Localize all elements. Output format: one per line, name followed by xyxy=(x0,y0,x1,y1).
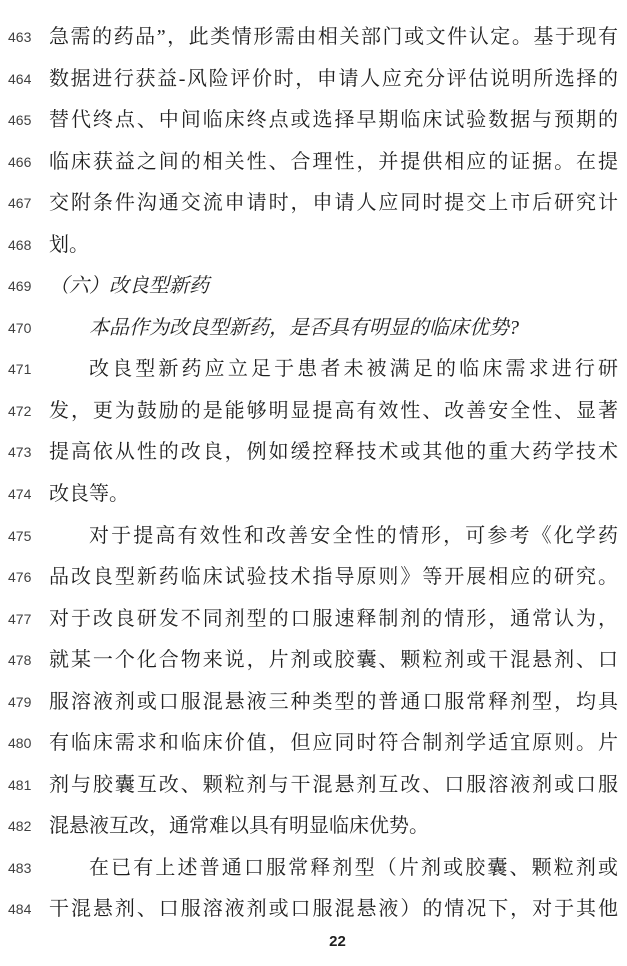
line-row: 471改良型新药应立足于患者未被满足的临床需求进行研 xyxy=(0,349,627,391)
page-number: 22 xyxy=(329,933,346,950)
line-text: 对于改良研发不同剂型的口服速释制剂的情形，通常认为， xyxy=(49,599,627,641)
line-row: 470本品作为改良型新药，是否具有明显的临床优势? xyxy=(0,308,627,350)
line-number: 481 xyxy=(0,765,49,807)
line-number: 466 xyxy=(0,142,49,184)
line-text: 交附条件沟通交流申请时，申请人应同时提交上市后研究计 xyxy=(49,183,627,225)
line-row: 465替代终点、中间临床终点或选择早期临床试验数据与预期的 xyxy=(0,100,627,142)
line-text: 对于提高有效性和改善安全性的情形，可参考《化学药 xyxy=(49,516,627,558)
line-row: 463急需的药品”，此类情形需由相关部门或文件认定。基于现有 xyxy=(0,17,627,59)
line-number: 484 xyxy=(0,889,49,931)
line-row: 472发，更为鼓励的是能够明显提高有效性、改善安全性、显著 xyxy=(0,391,627,433)
line-row: 467交附条件沟通交流申请时，申请人应同时提交上市后研究计 xyxy=(0,183,627,225)
line-text: 改良型新药应立足于患者未被满足的临床需求进行研 xyxy=(49,349,627,391)
line-text: 干混悬剂、口服溶液剂或口服混悬液）的情况下，对于其他 xyxy=(49,889,627,931)
line-text: 改良等。 xyxy=(49,474,627,516)
line-row: 481剂与胶囊互改、颗粒剂与干混悬剂互改、口服溶液剂或口服 xyxy=(0,765,627,807)
line-row: 483在已有上述普通口服常释剂型（片剂或胶囊、颗粒剂或 xyxy=(0,848,627,890)
line-number: 476 xyxy=(0,557,49,599)
line-row: 475对于提高有效性和改善安全性的情形，可参考《化学药 xyxy=(0,516,627,558)
line-number: 465 xyxy=(0,100,49,142)
line-number: 464 xyxy=(0,59,49,101)
text-body: 463急需的药品”，此类情形需由相关部门或文件认定。基于现有464数据进行获益-… xyxy=(0,0,627,931)
line-text: （六）改良型新药 xyxy=(49,266,627,308)
line-row: 484干混悬剂、口服溶液剂或口服混悬液）的情况下，对于其他 xyxy=(0,889,627,931)
document-page: 463急需的药品”，此类情形需由相关部门或文件认定。基于现有464数据进行获益-… xyxy=(0,0,627,966)
line-number: 471 xyxy=(0,349,49,391)
line-text: 本品作为改良型新药，是否具有明显的临床优势? xyxy=(49,308,627,350)
line-text: 剂与胶囊互改、颗粒剂与干混悬剂互改、口服溶液剂或口服 xyxy=(49,765,627,807)
line-text: 品改良型新药临床试验技术指导原则》等开展相应的研究。 xyxy=(49,557,627,599)
line-row: 478就某一个化合物来说，片剂或胶囊、颗粒剂或干混悬剂、口 xyxy=(0,640,627,682)
line-row: 473提高依从性的改良，例如缓控释技术或其他的重大药学技术 xyxy=(0,432,627,474)
line-row: 464数据进行获益-风险评价时，申请人应充分评估说明所选择的 xyxy=(0,59,627,101)
line-text: 急需的药品”，此类情形需由相关部门或文件认定。基于现有 xyxy=(49,17,627,59)
line-number: 467 xyxy=(0,183,49,225)
line-row: 469（六）改良型新药 xyxy=(0,266,627,308)
line-text: 发，更为鼓励的是能够明显提高有效性、改善安全性、显著 xyxy=(49,391,627,433)
line-text: 替代终点、中间临床终点或选择早期临床试验数据与预期的 xyxy=(49,100,627,142)
line-text: 就某一个化合物来说，片剂或胶囊、颗粒剂或干混悬剂、口 xyxy=(49,640,627,682)
line-number: 474 xyxy=(0,474,49,516)
line-number: 475 xyxy=(0,516,49,558)
line-row: 468划。 xyxy=(0,225,627,267)
line-row: 466临床获益之间的相关性、合理性，并提供相应的证据。在提 xyxy=(0,142,627,184)
line-text: 数据进行获益-风险评价时，申请人应充分评估说明所选择的 xyxy=(49,59,627,101)
line-number: 472 xyxy=(0,391,49,433)
line-row: 482混悬液互改，通常难以具有明显临床优势。 xyxy=(0,806,627,848)
line-text: 混悬液互改，通常难以具有明显临床优势。 xyxy=(49,806,627,848)
line-row: 477对于改良研发不同剂型的口服速释制剂的情形，通常认为， xyxy=(0,599,627,641)
line-number: 468 xyxy=(0,225,49,267)
line-number: 478 xyxy=(0,640,49,682)
page-footer: 22 xyxy=(57,933,618,951)
line-number: 463 xyxy=(0,17,49,59)
line-text: 服溶液剂或口服混悬液三种类型的普通口服常释剂型，均具 xyxy=(49,682,627,724)
line-row: 480有临床需求和临床价值，但应同时符合制剂学适宜原则。片 xyxy=(0,723,627,765)
line-text: 临床获益之间的相关性、合理性，并提供相应的证据。在提 xyxy=(49,142,627,184)
line-row: 479服溶液剂或口服混悬液三种类型的普通口服常释剂型，均具 xyxy=(0,682,627,724)
line-number: 482 xyxy=(0,806,49,848)
line-row: 474改良等。 xyxy=(0,474,627,516)
line-number: 477 xyxy=(0,599,49,641)
line-number: 469 xyxy=(0,266,49,308)
line-row: 476品改良型新药临床试验技术指导原则》等开展相应的研究。 xyxy=(0,557,627,599)
line-number: 479 xyxy=(0,682,49,724)
line-text: 在已有上述普通口服常释剂型（片剂或胶囊、颗粒剂或 xyxy=(49,848,627,890)
line-text: 有临床需求和临床价值，但应同时符合制剂学适宜原则。片 xyxy=(49,723,627,765)
line-text: 划。 xyxy=(49,225,627,267)
line-number: 473 xyxy=(0,432,49,474)
line-number: 480 xyxy=(0,723,49,765)
line-number: 483 xyxy=(0,848,49,890)
line-text: 提高依从性的改良，例如缓控释技术或其他的重大药学技术 xyxy=(49,432,627,474)
line-number: 470 xyxy=(0,308,49,350)
